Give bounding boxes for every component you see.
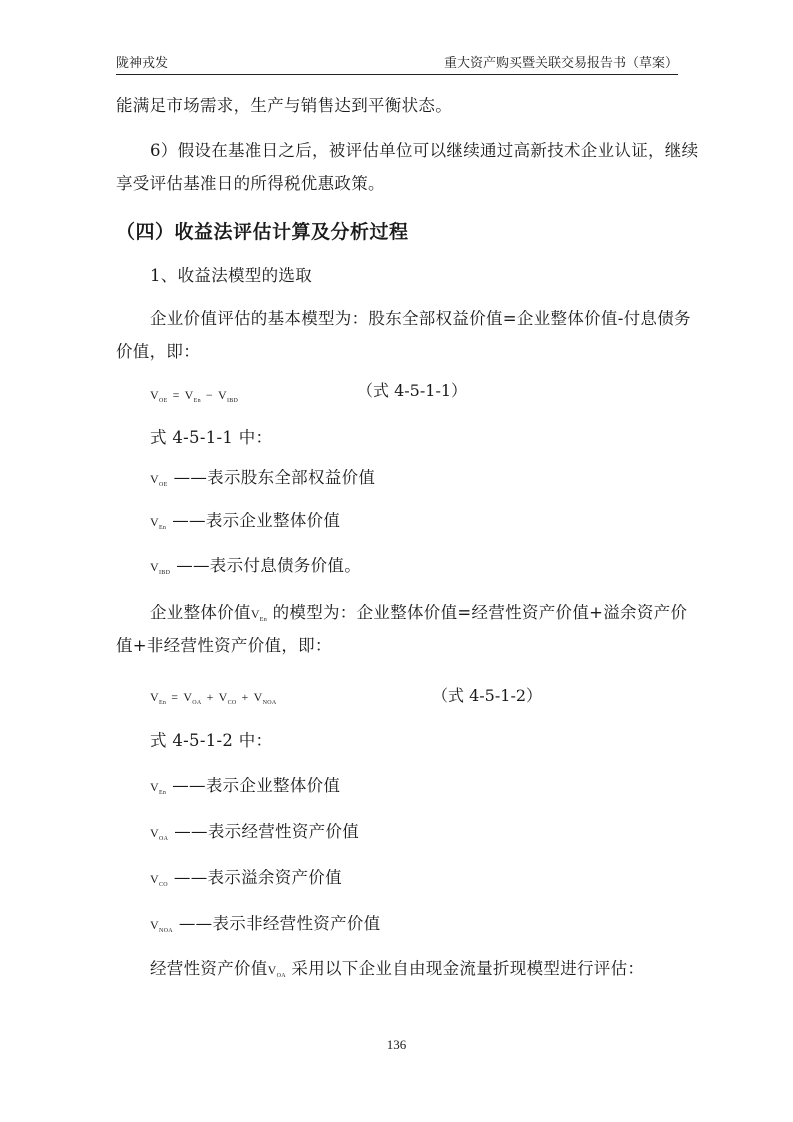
formula-term: VEn — [150, 690, 166, 704]
formula-4-5-1-2: VEn=VOA+VCO+VNOA — [150, 687, 710, 713]
paragraph-line: 6）假设在基准日之后，被评估单位可以继续通过高新技术企业认证，继续 — [150, 141, 710, 161]
symbol: VOA — [268, 963, 286, 977]
header-document-title: 重大资产购买暨关联交易报告书（草案） — [444, 57, 678, 71]
formula-term: VCO — [219, 690, 237, 704]
definition-line: VOE——表示股东全部权益价值 — [150, 468, 710, 495]
subsection-heading: 1、收益法模型的选取 — [150, 266, 710, 286]
paragraph-line: 享受评估基准日的所得税优惠政策。 — [116, 174, 676, 194]
paragraph-line: 企业整体价值VEn 的模型为：企业整体价值=经营性资产价值+溢余资产价 — [150, 603, 710, 630]
symbol: VIBD — [150, 560, 170, 574]
symbol: VEn — [150, 515, 166, 529]
equation-number: （式 4-5-1-1） — [357, 378, 467, 401]
formula-term: VIBD — [218, 388, 238, 402]
formula-operator: + — [242, 690, 249, 704]
formula-term: VNOA — [254, 690, 277, 704]
formula-operator: = — [173, 388, 180, 402]
header-company: 陇神戎发 — [116, 57, 168, 71]
formula-term: VOE — [150, 388, 168, 402]
definition-line: VCO——表示溢余资产价值 — [150, 868, 710, 895]
symbol: VNOA — [150, 918, 173, 932]
formula-term: VEn — [185, 388, 201, 402]
definition-line: VNOA——表示非经营性资产价值 — [150, 914, 710, 941]
symbol: VOA — [150, 826, 168, 840]
page-number: 136 — [0, 1037, 793, 1053]
symbol: VCO — [150, 872, 168, 886]
formula-operator: + — [207, 690, 214, 704]
symbol: VOE — [150, 472, 168, 486]
definition-line: VIBD——表示付息债务价值。 — [150, 556, 710, 583]
definition-line: VEn——表示企业整体价值 — [150, 776, 710, 803]
definition-line: VOA——表示经营性资产价值 — [150, 822, 710, 849]
formula-term: VOA — [183, 690, 201, 704]
page-header: 陇神戎发 重大资产购买暨关联交易报告书（草案） — [116, 54, 678, 75]
paragraph-line: 价值，即： — [116, 342, 676, 362]
formula-operator: − — [206, 388, 213, 402]
symbol: VEn — [251, 607, 267, 621]
section-heading: （四）收益法评估计算及分析过程 — [116, 222, 676, 242]
paragraph-line: 企业价值评估的基本模型为：股东全部权益价值=企业整体价值-付息债务 — [150, 309, 710, 329]
paragraph-line: 能满足市场需求，生产与销售达到平衡状态。 — [116, 96, 676, 116]
where-label: 式 4-5-1-1 中： — [150, 428, 710, 448]
equation-number: （式 4-5-1-2） — [432, 683, 542, 706]
paragraph-line: 经营性资产价值VOA 采用以下企业自由现金流量折现模型进行评估： — [150, 959, 710, 986]
paragraph-line: 值+非经营性资产价值，即： — [116, 636, 676, 656]
where-label: 式 4-5-1-2 中： — [150, 731, 710, 751]
symbol: VEn — [150, 780, 166, 794]
formula-operator: = — [171, 690, 178, 704]
definition-line: VEn——表示企业整体价值 — [150, 511, 710, 538]
